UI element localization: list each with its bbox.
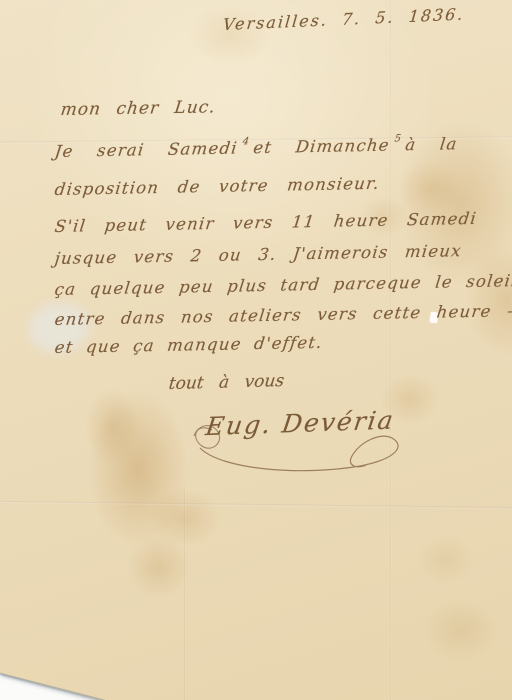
fold-crease-horizontal-bottom bbox=[0, 501, 512, 509]
superscript-date-4: 4 bbox=[242, 136, 251, 147]
closing-salutation: tout à vous bbox=[168, 371, 286, 394]
body-line-4: jusque vers 2 ou 3. J'aimerois mieux bbox=[54, 241, 463, 268]
body-line-7: et que ça manque d'effet. bbox=[54, 333, 324, 357]
body-line-1: Je serai Samedi4et Dimanche5à la bbox=[54, 134, 459, 161]
body-line-2: disposition de votre monsieur. bbox=[54, 174, 381, 199]
body-line-6: entre dans nos ateliers vers cette heure… bbox=[54, 301, 512, 329]
body-line-3: S'il peut venir vers 11 heure Samedi bbox=[54, 209, 478, 236]
body-line-1-text-c: à la bbox=[404, 134, 458, 154]
body-line-5: ça quelque peu plus tard parceque le sol… bbox=[54, 271, 512, 299]
letter-paper: Versailles. 7. 5. 1836. mon cher Luc. Je… bbox=[0, 0, 512, 700]
fold-crease-vertical-left bbox=[184, 488, 186, 700]
scanned-letter: Versailles. 7. 5. 1836. mon cher Luc. Je… bbox=[0, 0, 512, 700]
body-line-1-text-b: et Dimanche bbox=[252, 136, 391, 158]
fold-crease-vertical-right bbox=[390, 0, 392, 700]
paper-shadow-wrap: Versailles. 7. 5. 1836. mon cher Luc. Je… bbox=[0, 0, 512, 700]
salutation: mon cher Luc. bbox=[60, 97, 217, 120]
superscript-date-5: 5 bbox=[394, 133, 403, 144]
body-line-1-text-a: Je serai Samedi bbox=[54, 138, 239, 161]
dateline: Versailles. 7. 5. 1836. bbox=[222, 4, 465, 34]
